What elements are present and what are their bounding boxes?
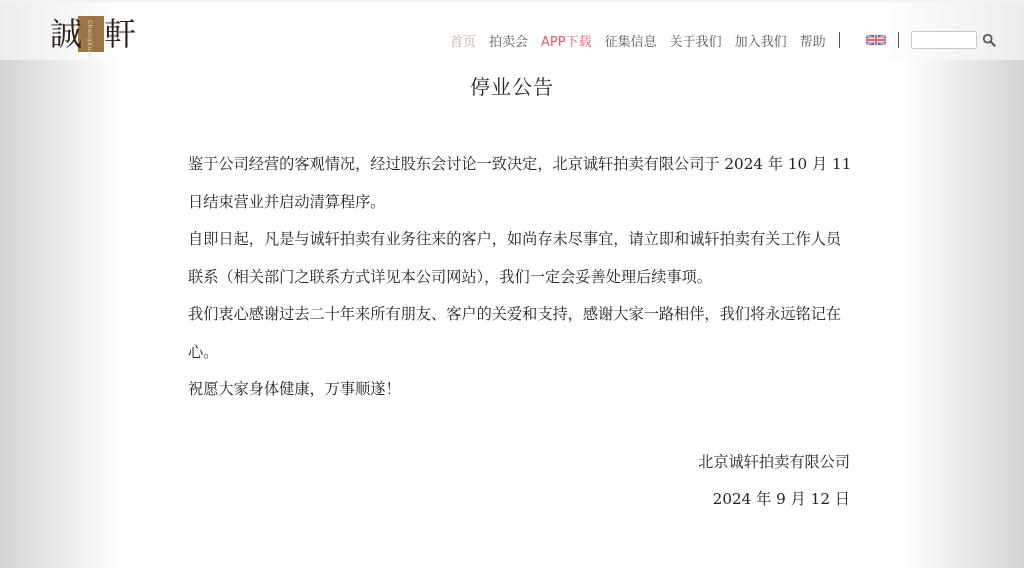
notice-paragraph: 祝愿大家身体健康，万事顺遂！: [188, 371, 852, 409]
page-title: 停业公告: [0, 71, 1024, 100]
notice-body: 鉴于公司经营的客观情况，经过股东会讨论一致决定，北京诚轩拍卖有限公司于 2024…: [188, 146, 852, 409]
search-input[interactable]: [911, 31, 977, 49]
nav-consignment[interactable]: 征集信息: [605, 31, 657, 50]
uk-flag-icon[interactable]: [866, 33, 886, 47]
nav-auctions[interactable]: 拍卖会: [489, 31, 528, 50]
nav-join[interactable]: 加入我们: [735, 31, 787, 50]
logo-subtext: ChengXuan: [86, 20, 93, 59]
notice-signature-block: 北京诚轩拍卖有限公司 2024 年 9 月 12 日: [698, 444, 850, 518]
main-nav: 首页 拍卖会 APP下载 征集信息 关于我们 加入我们 帮助: [450, 30, 996, 50]
logo-char-xuan: 軒: [104, 14, 136, 54]
signature-date: 2024 年 9 月 12 日: [698, 481, 850, 518]
logo-char-cheng: 誠: [50, 14, 82, 54]
signature-company: 北京诚轩拍卖有限公司: [698, 444, 850, 481]
site-header: ChengXuan 誠 軒 首页 拍卖会 APP下载 征集信息 关于我们 加入我…: [0, 0, 1024, 60]
search-icon[interactable]: [982, 33, 996, 47]
nav-app-download[interactable]: APP下载: [541, 31, 592, 50]
nav-home[interactable]: 首页: [450, 31, 476, 50]
notice-paragraph: 自即日起，凡是与诚轩拍卖有业务往来的客户，如尚存未尽事宜，请立即和诚轩拍卖有关工…: [188, 221, 852, 296]
notice-paragraph: 我们衷心感谢过去二十年来所有朋友、客户的关爱和支持，感谢大家一路相伴，我们将永远…: [188, 296, 852, 371]
nav-about[interactable]: 关于我们: [670, 31, 722, 50]
notice-paragraph: 鉴于公司经营的客观情况，经过股东会讨论一致决定，北京诚轩拍卖有限公司于 2024…: [188, 146, 852, 221]
nav-divider-2: [898, 32, 899, 48]
site-logo[interactable]: ChengXuan 誠 軒: [48, 12, 148, 54]
nav-divider: [839, 32, 840, 48]
nav-help[interactable]: 帮助: [800, 31, 826, 50]
